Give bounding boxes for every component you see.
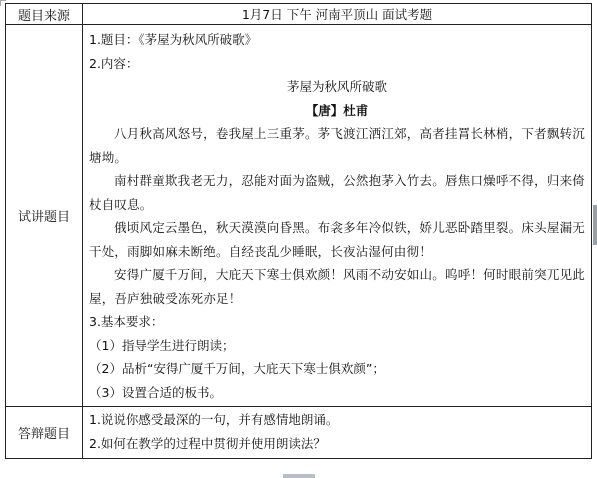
topic-line: 1.题目：《茅屋为秋风所破歌》: [89, 28, 585, 52]
defense-content: 1.说说你感受最深的一句，并有感情地朗诵。 2.如何在教学的过程中贯彻并使用朗读…: [83, 407, 592, 459]
poem-paragraph-2: 南村群童欺我老无力，忍能对面为盗贼，公然抱茅入竹去。唇焦口燥呼不得，归来倚杖自叹…: [89, 169, 585, 216]
source-row: 题目来源 1月7日 下午 河南平顶山 面试考题: [6, 4, 592, 25]
poem-paragraph-3: 俄顷风定云墨色，秋天漠漠向昏黑。布衾多年冷似铁，娇儿恶卧踏里裂。床头屋漏无干处，…: [89, 216, 585, 263]
defense-question-1: 1.说说你感受最深的一句，并有感情地朗诵。: [89, 408, 585, 432]
scrollbar-thumb[interactable]: [593, 205, 597, 245]
lecture-content: 1.题目：《茅屋为秋风所破歌》 2.内容： 茅屋为秋风所破歌 【唐】杜甫 八月秋…: [83, 25, 592, 407]
requirement-3: （3）设置合适的板书。: [89, 381, 585, 405]
poem-author: 【唐】杜甫: [89, 99, 585, 123]
requirements-label: 3.基本要求：: [89, 310, 585, 334]
poem-paragraph-1: 八月秋高风怒号，卷我屋上三重茅。茅飞渡江洒江郊，高者挂罥长林梢，下者飘转沉塘坳。: [89, 122, 585, 169]
exam-table: 题目来源 1月7日 下午 河南平顶山 面试考题 试讲题目 1.题目：《茅屋为秋风…: [5, 3, 592, 459]
page-bottom-mark: [283, 474, 315, 478]
requirement-1: （1）指导学生进行朗读；: [89, 334, 585, 358]
defense-label: 答辩题目: [6, 407, 83, 459]
poem-title: 茅屋为秋风所破歌: [89, 75, 585, 99]
lecture-label: 试讲题目: [6, 25, 83, 407]
source-value: 1月7日 下午 河南平顶山 面试考题: [83, 4, 592, 25]
defense-question-2: 2.如何在教学的过程中贯彻并使用朗读法？: [89, 432, 585, 456]
content-label: 2.内容：: [89, 52, 585, 76]
requirement-2: （2）品析“安得广厦千万间，大庇天下寒士俱欢颜”；: [89, 357, 585, 381]
lecture-row: 试讲题目 1.题目：《茅屋为秋风所破歌》 2.内容： 茅屋为秋风所破歌 【唐】杜…: [6, 25, 592, 407]
defense-row: 答辩题目 1.说说你感受最深的一句，并有感情地朗诵。 2.如何在教学的过程中贯彻…: [6, 407, 592, 459]
poem-paragraph-4: 安得广厦千万间，大庇天下寒士俱欢颜！风雨不动安如山。呜呼！何时眼前突兀见此屋，吾…: [89, 263, 585, 310]
source-label: 题目来源: [6, 4, 83, 25]
